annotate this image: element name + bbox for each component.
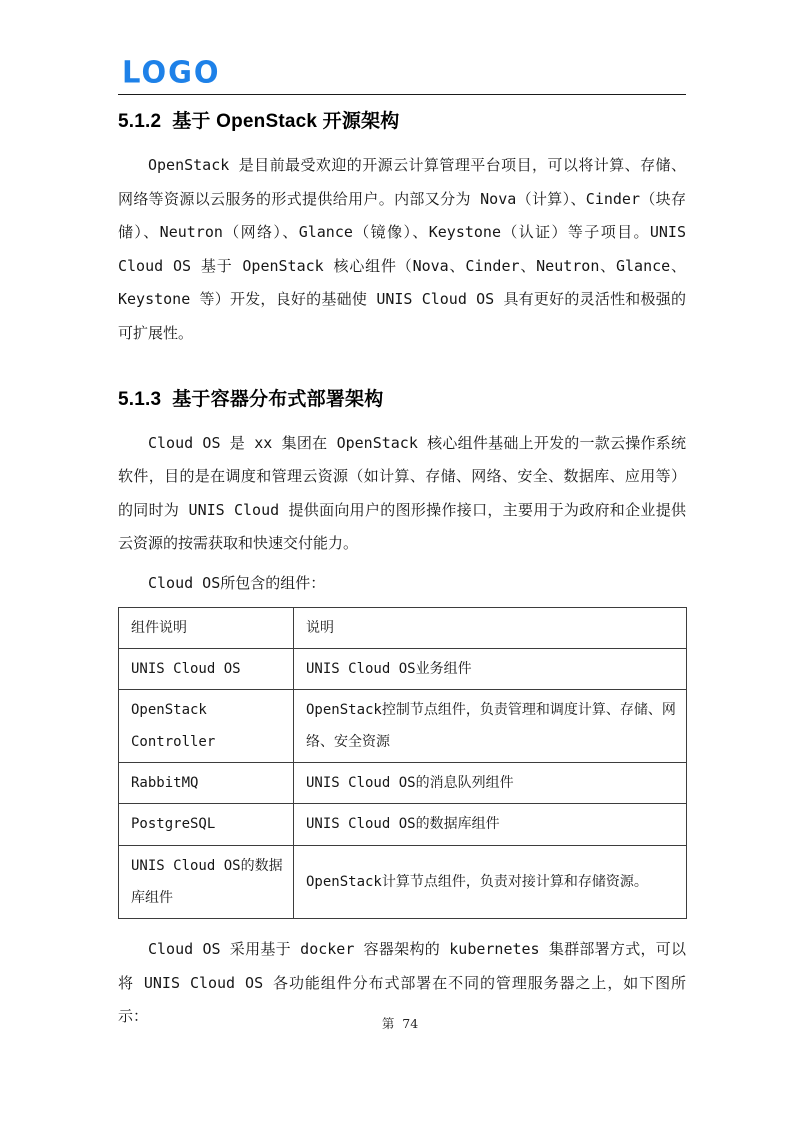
- table-cell-description: OpenStack控制节点组件，负责管理和调度计算、存储、网络、安全资源: [294, 689, 687, 762]
- table-cell-component: RabbitMQ: [119, 763, 294, 804]
- table-cell-description: UNIS Cloud OS业务组件: [294, 648, 687, 689]
- table-header-description: 说明: [294, 607, 687, 648]
- table-cell-component: UNIS Cloud OS: [119, 648, 294, 689]
- header-divider: [118, 94, 686, 95]
- table-header-row: 组件说明 说明: [119, 607, 687, 648]
- table-row: UNIS Cloud OS UNIS Cloud OS业务组件: [119, 648, 687, 689]
- paragraph-openstack-intro: OpenStack 是目前最受欢迎的开源云计算管理平台项目，可以将计算、存储、网…: [118, 149, 686, 351]
- company-logo: LOGO: [122, 57, 686, 87]
- page-number: 第 74: [0, 1014, 800, 1032]
- table-row: PostgreSQL UNIS Cloud OS的数据库组件: [119, 804, 687, 845]
- table-row: RabbitMQ UNIS Cloud OS的消息队列组件: [119, 763, 687, 804]
- table-cell-description: UNIS Cloud OS的消息队列组件: [294, 763, 687, 804]
- components-table: 组件说明 说明 UNIS Cloud OS UNIS Cloud OS业务组件 …: [118, 607, 687, 920]
- table-row: OpenStack Controller OpenStack控制节点组件，负责管…: [119, 689, 687, 762]
- table-caption: Cloud OS所包含的组件：: [118, 567, 686, 601]
- heading-513-container-architecture: 5.1.3 基于容器分布式部署架构: [118, 384, 686, 411]
- heading-512-openstack-architecture: 5.1.2 基于 OpenStack 开源架构: [118, 106, 686, 133]
- document-page: LOGO 5.1.2 基于 OpenStack 开源架构 OpenStack 是…: [0, 0, 800, 1132]
- table-row: UNIS Cloud OS的数据库组件 OpenStack计算节点组件，负责对接…: [119, 845, 687, 918]
- table-cell-description: UNIS Cloud OS的数据库组件: [294, 804, 687, 845]
- table-cell-description: OpenStack计算节点组件，负责对接计算和存储资源。: [294, 845, 687, 918]
- table-cell-component: UNIS Cloud OS的数据库组件: [119, 845, 294, 918]
- table-cell-component: OpenStack Controller: [119, 689, 294, 762]
- paragraph-cloudos-intro: Cloud OS 是 xx 集团在 OpenStack 核心组件基础上开发的一款…: [118, 427, 686, 561]
- table-header-component: 组件说明: [119, 607, 294, 648]
- table-cell-component: PostgreSQL: [119, 804, 294, 845]
